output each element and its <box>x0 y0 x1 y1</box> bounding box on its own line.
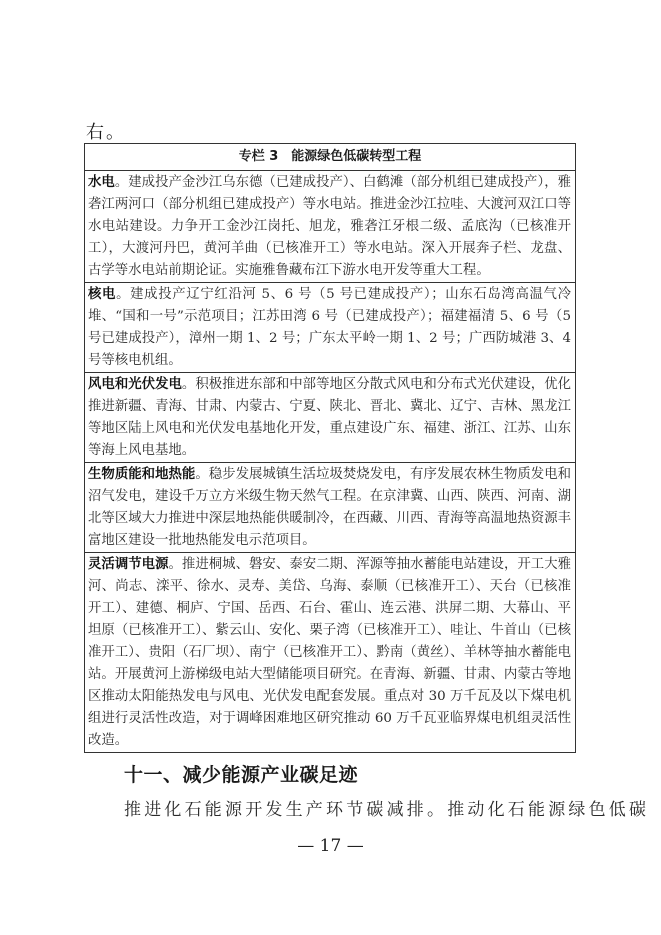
box-title: 专栏 3 能源绿色低碳转型工程 <box>85 144 575 171</box>
row-label: 水电 <box>88 175 115 190</box>
row-label: 核电 <box>88 287 116 302</box>
box-row-flexible-power: 灵活调节电源。推进桐城、磐安、泰安二期、浑源等抽水蓄能电站建设，开工大雅河、尚志… <box>85 553 575 752</box>
box-row-nuclear: 核电。建成投产辽宁红沿河 5、6 号（5 号已建成投产）；山东石岛湾高温气冷堆、… <box>85 283 575 373</box>
section-heading: 十一、减少能源产业碳足迹 <box>124 760 358 787</box>
feature-box: 专栏 3 能源绿色低碳转型工程 水电。建成投产金沙江乌东德（已建成投产）、白鹤滩… <box>84 143 576 753</box>
body-paragraph: 推进化石能源开发生产环节碳减排。推动化石能源绿色低碳 <box>124 795 564 820</box>
row-label: 灵活调节电源 <box>88 557 169 572</box>
box-row-wind-solar: 风电和光伏发电。积极推进东部和中部等地区分散式风电和分布式光伏建设，优化推进新疆… <box>85 373 575 463</box>
box-row-biomass-geothermal: 生物质能和地热能。稳步发展城镇生活垃圾焚烧发电，有序发展农林生物质发电和沼气发电… <box>85 463 575 553</box>
row-text: 。建成投产金沙江乌东德（已建成投产）、白鹤滩（部分机组已建成投产），雅砻江两河口… <box>88 175 571 278</box>
lead-text: 右。 <box>86 118 126 144</box>
row-label: 生物质能和地热能 <box>88 467 195 482</box>
row-text: 。推进桐城、磐安、泰安二期、浑源等抽水蓄能电站建设，开工大雅河、尚志、滦平、徐水… <box>88 557 571 748</box>
box-row-hydropower: 水电。建成投产金沙江乌东德（已建成投产）、白鹤滩（部分机组已建成投产），雅砻江两… <box>85 171 575 283</box>
row-label: 风电和光伏发电 <box>88 377 182 392</box>
row-text: 。建成投产辽宁红沿河 5、6 号（5 号已建成投产）；山东石岛湾高温气冷堆、“国… <box>88 287 571 368</box>
page-number: — 17 — <box>0 836 661 856</box>
